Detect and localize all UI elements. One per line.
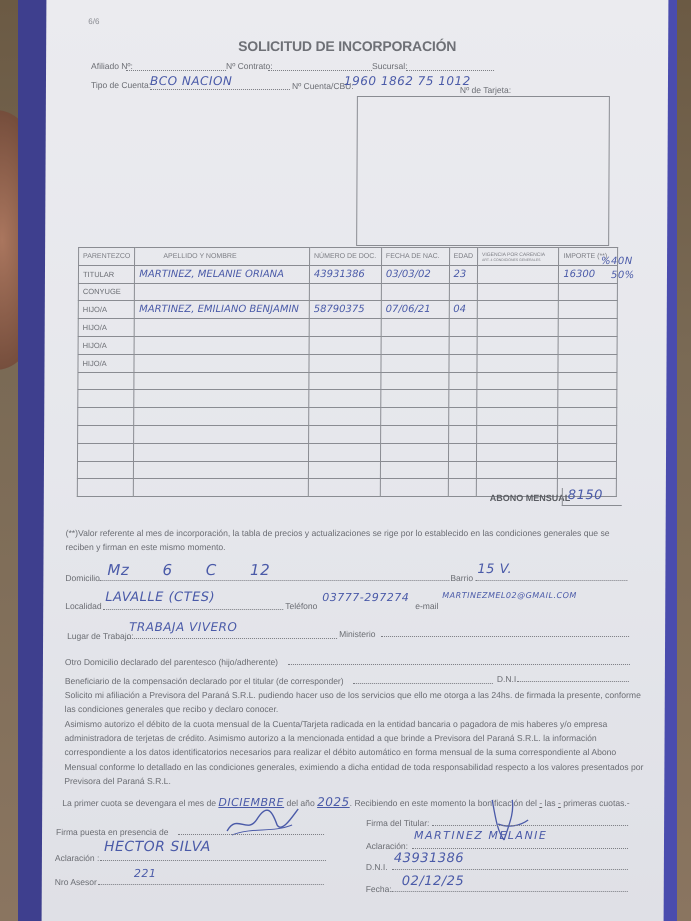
- table-row: HIJO/A: [78, 354, 617, 372]
- cell-nac[interactable]: 07/06/21: [381, 301, 449, 319]
- dni-titular-line: [392, 869, 628, 870]
- sucursal-field[interactable]: [406, 70, 494, 71]
- margin-note-1: %40N: [601, 256, 633, 267]
- dni-beneficiario-field[interactable]: [517, 681, 629, 682]
- cell-nombre[interactable]: [134, 425, 309, 443]
- cell-parentezco: HIJO/A: [78, 354, 134, 372]
- localidad-field[interactable]: LAVALLE (CTES): [105, 590, 215, 605]
- cell-edad[interactable]: [449, 283, 478, 301]
- domicilio-field[interactable]: Mz 6 C 12: [107, 561, 270, 579]
- bonif-las: las: [545, 798, 556, 808]
- ministerio-field[interactable]: [381, 636, 629, 637]
- table-row: CONYUGE: [78, 283, 617, 301]
- cell-parentezco: HIJO/A: [78, 319, 134, 337]
- fecha-field[interactable]: 02/12/25: [402, 874, 464, 889]
- cell-parentezco: HIJO/A: [78, 301, 134, 319]
- table-row: [78, 372, 617, 390]
- table-row: HIJO/A: [78, 336, 617, 354]
- email-field[interactable]: MARTINEZMEL02@GMAIL.COM: [442, 591, 577, 600]
- fecha-line: [392, 891, 628, 892]
- table-row: HIJO/A: [78, 319, 617, 337]
- cell-doc[interactable]: [309, 372, 381, 390]
- cell-edad[interactable]: 04: [449, 301, 478, 319]
- cell-nac[interactable]: [380, 425, 448, 443]
- cell-nombre[interactable]: [134, 408, 309, 426]
- footnote: (**)Valor referente al mes de incorporac…: [66, 526, 638, 554]
- contrato-field[interactable]: [268, 70, 372, 71]
- cell-parentezco: [78, 372, 134, 390]
- telefono-field[interactable]: 03777-297274: [322, 591, 409, 604]
- margin-note-2: 50%: [611, 270, 635, 281]
- cell-nombre[interactable]: [134, 319, 309, 337]
- cell-doc[interactable]: [309, 408, 381, 426]
- cell-nombre[interactable]: [134, 479, 309, 497]
- firma-titular-label: Firma del Titular:: [366, 818, 429, 828]
- cell-vigencia[interactable]: [477, 354, 558, 372]
- cell-vigencia[interactable]: [477, 319, 558, 337]
- localidad-line: [103, 609, 283, 610]
- email-label: e-mail: [415, 601, 438, 611]
- cell-nombre[interactable]: [134, 354, 309, 372]
- col-doc: NÚMERO DE DOC.: [309, 248, 381, 266]
- aclaracion-right-line: [412, 848, 628, 849]
- cell-doc[interactable]: [309, 354, 381, 372]
- beneficiario-label: Beneficiario de la compensación declarad…: [65, 676, 344, 686]
- cell-importe[interactable]: [558, 336, 617, 354]
- bonif-pct-field[interactable]: -: [539, 798, 542, 808]
- dni-titular-field[interactable]: 43931386: [394, 851, 464, 866]
- cell-doc[interactable]: [308, 479, 380, 497]
- cell-nac[interactable]: [380, 443, 448, 461]
- cell-parentezco: [77, 479, 133, 497]
- cell-nombre[interactable]: [134, 390, 309, 408]
- cell-parentezco: CONYUGE: [78, 283, 134, 301]
- table-row: [77, 443, 616, 461]
- cell-edad[interactable]: [449, 336, 478, 354]
- terms-debit-authorization: Asimismo autorizo el débito de la cuota …: [64, 717, 646, 788]
- table-row: [78, 390, 617, 408]
- table-row: [78, 425, 617, 443]
- table-row: [77, 461, 616, 479]
- table-row: HIJO/AMARTINEZ, EMILIANO BENJAMIN5879037…: [78, 301, 617, 319]
- barrio-label: Barrio: [450, 573, 473, 583]
- cell-nac[interactable]: [380, 461, 448, 479]
- aclaracion-left-field[interactable]: HECTOR SILVA: [104, 839, 211, 855]
- bonif-cuotas-field[interactable]: -: [558, 798, 561, 808]
- cell-importe[interactable]: [558, 390, 617, 408]
- cell-edad[interactable]: 23: [449, 265, 478, 283]
- sucursal-label: Sucursal:: [372, 61, 407, 71]
- cell-edad[interactable]: [448, 390, 477, 408]
- cell-nac[interactable]: [381, 283, 449, 301]
- cell-doc[interactable]: [309, 425, 381, 443]
- page-number: 6/6: [88, 17, 99, 26]
- cell-nombre[interactable]: [134, 336, 309, 354]
- cell-importe[interactable]: 16300: [559, 265, 618, 283]
- terms-affiliation: Solicito mi afiliación a Previsora del P…: [65, 688, 643, 716]
- cell-nac[interactable]: [380, 479, 448, 497]
- fecha-label: Fecha:: [366, 884, 392, 894]
- cell-parentezco: [77, 443, 133, 461]
- cell-vigencia[interactable]: [477, 372, 558, 390]
- cell-edad[interactable]: [448, 479, 477, 497]
- bonif-suffix: primeras cuotas.-: [563, 798, 629, 808]
- cell-nombre[interactable]: MARTINEZ, MELANIE ORIANA: [135, 265, 310, 283]
- cell-parentezco: [77, 461, 133, 479]
- cell-doc[interactable]: [309, 283, 381, 301]
- barrio-line: [475, 580, 627, 581]
- form-title: SOLICITUD DE INCORPORACIÓN: [238, 38, 456, 54]
- cell-doc[interactable]: [309, 336, 381, 354]
- domicilio-label: Domicilio: [65, 573, 100, 583]
- otro-domicilio-field[interactable]: [288, 664, 630, 665]
- cell-edad[interactable]: [448, 425, 477, 443]
- cell-importe[interactable]: [558, 354, 617, 372]
- cell-vigencia[interactable]: [477, 265, 558, 283]
- cell-importe[interactable]: [559, 319, 618, 337]
- cell-doc[interactable]: [308, 461, 380, 479]
- cell-importe[interactable]: [559, 301, 618, 319]
- col-nombre: APELLIDO Y NOMBRE: [135, 248, 310, 266]
- table-row: [78, 408, 617, 426]
- family-table: PARENTEZCO APELLIDO Y NOMBRE NÚMERO DE D…: [77, 247, 618, 497]
- cell-parentezco: [78, 390, 134, 408]
- firma-titular-field[interactable]: [432, 825, 628, 826]
- cell-vigencia[interactable]: [477, 336, 558, 354]
- application-form: 6/6 SOLICITUD DE INCORPORACIÓN Afiliado …: [42, 0, 669, 921]
- cell-edad[interactable]: [448, 461, 477, 479]
- domicilio-line: [99, 580, 449, 581]
- cell-doc[interactable]: 58790375: [309, 301, 381, 319]
- localidad-label: Localidad: [65, 601, 101, 611]
- cell-nac[interactable]: [381, 372, 449, 390]
- beneficiario-field[interactable]: [353, 683, 493, 684]
- cell-parentezco: [78, 408, 134, 426]
- asesor-field[interactable]: 221: [134, 867, 157, 880]
- cell-nombre[interactable]: [134, 372, 309, 390]
- cell-importe[interactable]: [558, 372, 617, 390]
- cell-nac[interactable]: [381, 336, 449, 354]
- afiliado-field[interactable]: [126, 70, 226, 71]
- tipo-cuenta-label: Tipo de Cuenta:: [91, 80, 151, 90]
- cell-nac[interactable]: [381, 390, 449, 408]
- table-row: TITULARMARTINEZ, MELANIE ORIANA439313860…: [78, 265, 617, 283]
- col-nac: FECHA DE NAC.: [381, 248, 449, 266]
- ministerio-label: Ministerio: [339, 629, 375, 639]
- tipo-cuenta-field[interactable]: BCO NACION: [150, 74, 232, 88]
- dni-titular-label: D.N.I.: [366, 862, 388, 872]
- cell-importe[interactable]: [558, 425, 617, 443]
- tarjeta-label: Nº de Tarjeta:: [460, 85, 511, 95]
- cell-nombre[interactable]: [135, 283, 310, 301]
- contrato-label: Nº Contrato:: [226, 61, 273, 71]
- col-parentezco: PARENTEZCO: [79, 248, 135, 266]
- asesor-label: Nro Asesor: [55, 877, 97, 887]
- cell-edad[interactable]: [448, 354, 477, 372]
- cell-doc[interactable]: [309, 319, 381, 337]
- cuenta-cbu-field[interactable]: 1960 1862 75 1012: [344, 74, 471, 88]
- cell-doc[interactable]: [309, 390, 381, 408]
- col-edad: EDAD: [449, 248, 478, 266]
- photo-box: [356, 96, 610, 246]
- telefono-label: Teléfono: [285, 601, 317, 611]
- cell-nac[interactable]: 03/03/02: [381, 265, 449, 283]
- cell-importe[interactable]: [558, 443, 617, 461]
- aclaracion-right-field[interactable]: MARTINEZ MELANIE: [414, 829, 547, 842]
- cell-nac[interactable]: [381, 354, 449, 372]
- cell-vigencia[interactable]: [477, 283, 558, 301]
- cell-vigencia[interactable]: [477, 425, 558, 443]
- first-installment-line: La primer cuota se devengara el mes de D…: [62, 795, 630, 810]
- presencia-field[interactable]: [178, 834, 324, 835]
- col-vigencia: VIGENCIA POR CARENCIAART. 4 CONDICIONES …: [478, 248, 559, 266]
- cell-nombre[interactable]: [134, 461, 309, 479]
- trabajo-line: [127, 638, 337, 639]
- dni-beneficiario-label: D.N.I: [497, 674, 516, 684]
- otro-domicilio-label: Otro Domicilio declarado del parentesco …: [65, 657, 278, 667]
- abono-field[interactable]: 8150: [568, 488, 603, 503]
- cell-importe[interactable]: [558, 408, 617, 426]
- cuota-prefix: La primer cuota se devengara el mes de: [62, 798, 216, 808]
- cell-edad[interactable]: [449, 319, 478, 337]
- cell-nombre[interactable]: MARTINEZ, EMILIANO BENJAMIN: [135, 301, 310, 319]
- cell-vigencia[interactable]: [477, 408, 558, 426]
- cell-nac[interactable]: [381, 319, 449, 337]
- tipo-cuenta-line: [150, 89, 290, 90]
- cell-parentezco: TITULAR: [78, 265, 134, 283]
- cell-parentezco: [78, 425, 134, 443]
- aclaracion-left-line: [100, 860, 326, 861]
- cell-doc[interactable]: 43931386: [309, 265, 381, 283]
- aclaracion-left-label: Aclaración :: [55, 853, 99, 863]
- presencia-label: Firma puesta en presencia de: [56, 827, 169, 837]
- aclaracion-right-label: Aclaración:: [366, 841, 408, 851]
- cell-vigencia[interactable]: [477, 301, 558, 319]
- trabajo-field[interactable]: TRABAJA VIVERO: [129, 620, 237, 634]
- abono-label: ABONO MENSUAL: [490, 493, 571, 503]
- barrio-field[interactable]: 15 V.: [477, 562, 512, 577]
- asesor-line: [98, 884, 324, 885]
- cell-vigencia[interactable]: [476, 461, 557, 479]
- cell-nac[interactable]: [381, 408, 449, 426]
- cell-nombre[interactable]: [134, 443, 309, 461]
- cell-vigencia[interactable]: [476, 443, 557, 461]
- cell-importe[interactable]: [558, 461, 617, 479]
- cell-parentezco: HIJO/A: [78, 336, 134, 354]
- cuota-anio-field[interactable]: 2025: [317, 795, 350, 809]
- cell-edad[interactable]: [448, 443, 477, 461]
- cell-doc[interactable]: [308, 443, 380, 461]
- cell-vigencia[interactable]: [477, 390, 558, 408]
- cell-importe[interactable]: [559, 283, 618, 301]
- cell-edad[interactable]: [448, 408, 477, 426]
- trabajo-label: Lugar de Trabajo:: [67, 631, 134, 641]
- cell-edad[interactable]: [448, 372, 477, 390]
